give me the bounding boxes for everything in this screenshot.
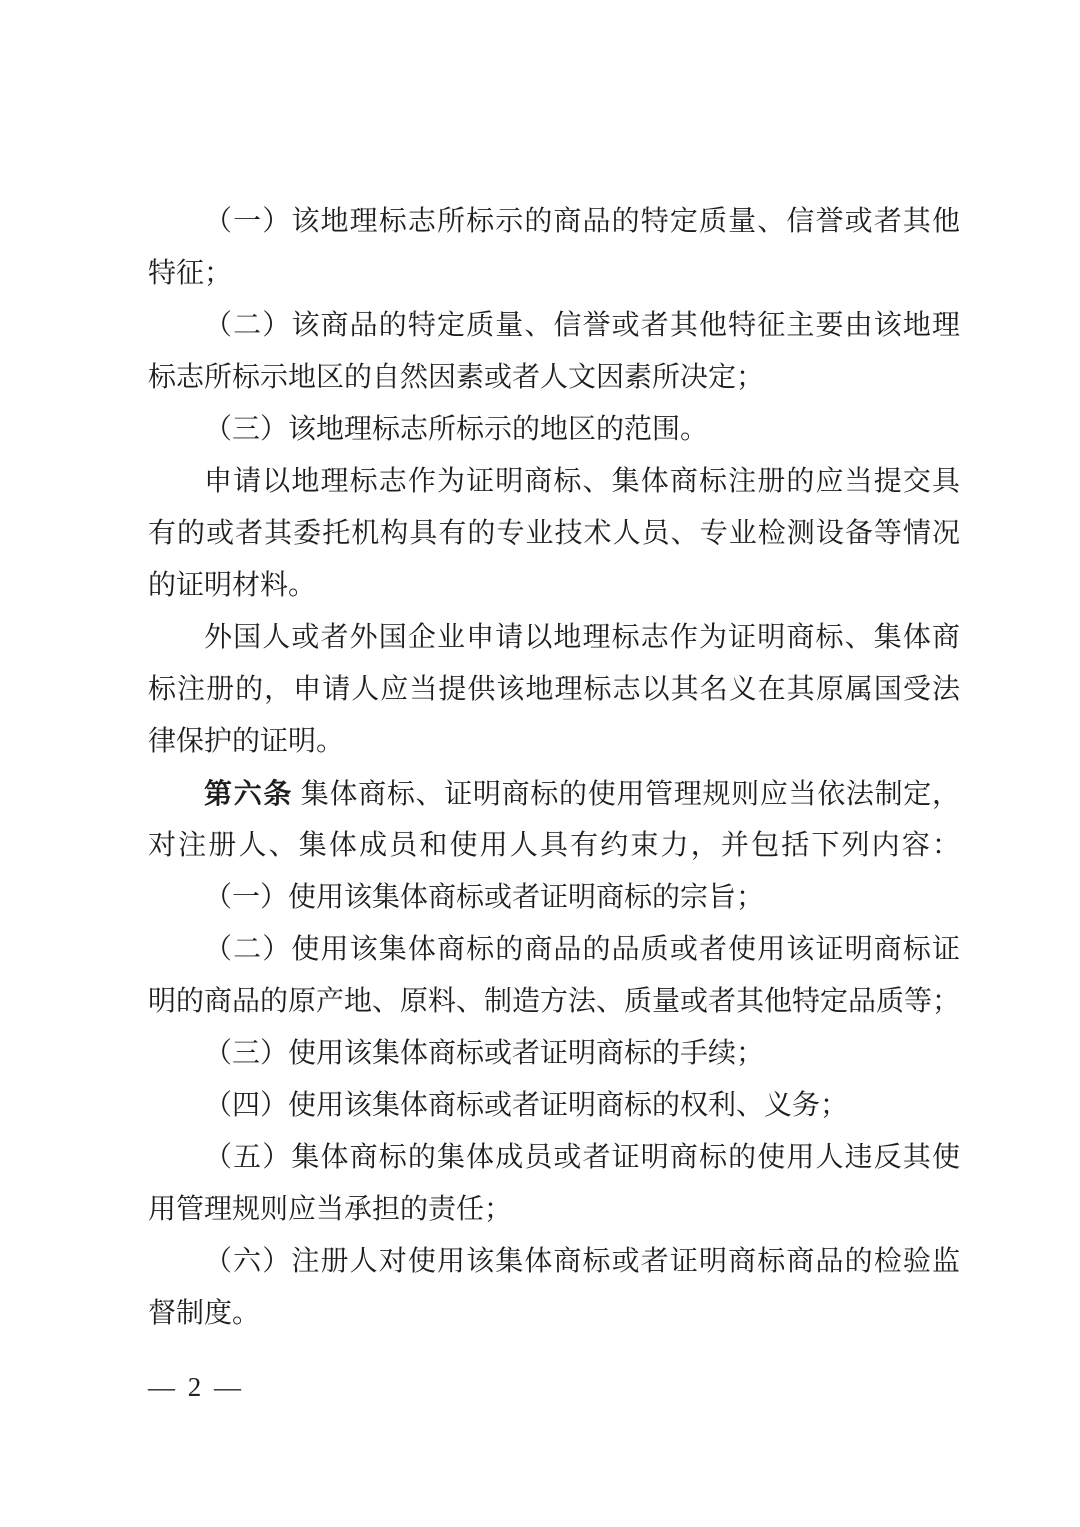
line-text: 特征； [148,258,232,289]
line-text: 用管理规则应当承担的责任； [148,1194,512,1225]
document-page: （一）该地理标志所标示的商品的特定质量、信誉或者其他特征；（二）该商品的特定质量… [0,0,1080,1527]
text-line: 第六条 集体商标、证明商标的使用管理规则应当依法制定， [148,768,960,820]
line-text: （一）使用该集体商标或者证明商标的宗旨； [204,882,764,913]
text-line: （三）该地理标志所标示的地区的范围。 [148,404,960,456]
text-line: 明的商品的原产地、原料、制造方法、质量或者其他特定品质等； [148,976,960,1028]
text-line: 督制度。 [148,1288,960,1340]
line-text: 标注册的，申请人应当提供该地理标志以其名义在其原属国受法 [148,674,960,705]
text-line: 的证明材料。 [148,560,960,612]
text-line: （一）该地理标志所标示的商品的特定质量、信誉或者其他 [148,196,960,248]
text-line: （三）使用该集体商标或者证明商标的手续； [148,1028,960,1080]
line-text: 明的商品的原产地、原料、制造方法、质量或者其他特定品质等； [148,986,960,1017]
text-line: 有的或者其委托机构具有的专业技术人员、专业检测设备等情况 [148,508,960,560]
text-line: （五）集体商标的集体成员或者证明商标的使用人违反其使 [148,1132,960,1184]
line-text: （三）使用该集体商标或者证明商标的手续； [204,1038,764,1069]
text-line: 外国人或者外国企业申请以地理标志作为证明商标、集体商 [148,612,960,664]
line-text: 标志所标示地区的自然因素或者人文因素所决定； [148,362,764,393]
line-text: （五）集体商标的集体成员或者证明商标的使用人违反其使 [204,1142,960,1173]
text-line: （六）注册人对使用该集体商标或者证明商标商品的检验监 [148,1236,960,1288]
text-line: 律保护的证明。 [148,716,960,768]
page-number: — 2 — [148,1372,244,1403]
article-number: 第六条 [204,778,293,809]
text-line: 用管理规则应当承担的责任； [148,1184,960,1236]
line-text: （二）使用该集体商标的商品的品质或者使用该证明商标证 [204,934,960,965]
line-text: （四）使用该集体商标或者证明商标的权利、义务； [204,1090,848,1121]
line-text: 有的或者其委托机构具有的专业技术人员、专业检测设备等情况 [148,518,960,549]
text-line: （四）使用该集体商标或者证明商标的权利、义务； [148,1080,960,1132]
line-text: （一）该地理标志所标示的商品的特定质量、信誉或者其他 [204,206,960,237]
line-text: 集体商标、证明商标的使用管理规则应当依法制定， [301,779,960,810]
document-body: （一）该地理标志所标示的商品的特定质量、信誉或者其他特征；（二）该商品的特定质量… [148,196,960,1340]
line-text: （二）该商品的特定质量、信誉或者其他特征主要由该地理 [204,310,960,341]
text-line: 申请以地理标志作为证明商标、集体商标注册的应当提交具 [148,456,960,508]
line-text: 申请以地理标志作为证明商标、集体商标注册的应当提交具 [204,466,960,497]
text-line: 对注册人、集体成员和使用人具有约束力，并包括下列内容： [148,820,960,872]
text-line: 标注册的，申请人应当提供该地理标志以其名义在其原属国受法 [148,664,960,716]
text-line: （一）使用该集体商标或者证明商标的宗旨； [148,872,960,924]
line-text: 督制度。 [148,1298,260,1329]
text-line: 特征； [148,248,960,300]
line-text: （六）注册人对使用该集体商标或者证明商标商品的检验监 [204,1246,960,1277]
line-text: 对注册人、集体成员和使用人具有约束力，并包括下列内容： [148,830,960,861]
line-text: （三）该地理标志所标示的地区的范围。 [204,414,708,445]
text-line: （二）使用该集体商标的商品的品质或者使用该证明商标证 [148,924,960,976]
line-text: 的证明材料。 [148,570,316,601]
line-text: 外国人或者外国企业申请以地理标志作为证明商标、集体商 [204,622,960,653]
text-line: 标志所标示地区的自然因素或者人文因素所决定； [148,352,960,404]
text-line: （二）该商品的特定质量、信誉或者其他特征主要由该地理 [148,300,960,352]
line-text: 律保护的证明。 [148,726,344,757]
